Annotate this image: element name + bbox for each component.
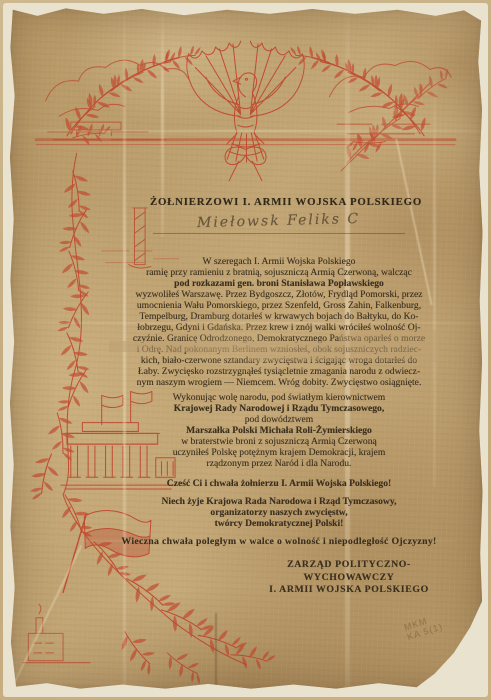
paper-crease [6, 545, 82, 699]
document-title: ŻOŁNIERZOWI I. ARMII WOJSKA POLSKIEGO [121, 197, 451, 208]
text-line: Wieczna chwała poległym w walce o wolnoś… [107, 536, 451, 547]
document-paper: ŻOŁNIERZOWI I. ARMII WOJSKA POLSKIEGO Mi… [9, 7, 483, 690]
text-line: Wykonując wolę narodu, pod światłym kier… [107, 392, 451, 403]
paragraph-long-live: Niech żyje Krajowa Rada Narodowa i Rząd … [107, 496, 451, 529]
text-line: uczyniłeś Polskę potężnym krajem Demokra… [107, 447, 451, 458]
paragraph-eternal-glory: Wieczna chwała poległym w walce o wolnoś… [107, 536, 451, 547]
text-line: czyźnie. Granicę Odrodzonego, Demokratyc… [107, 333, 451, 344]
text-line: nym naszym wrogiem — Niemcem. Wróg dobit… [107, 377, 451, 388]
recipient-name-handwritten: Miełowsk Feliks C [197, 214, 360, 229]
paragraph-campaign: W szeregach I. Armii Wojska Polskiego ra… [107, 256, 451, 388]
pencil-inventory-note: MKM KA 5(1) [403, 612, 444, 642]
paper-crease [9, 130, 483, 132]
text-line: Marszałka Polski Michała Roli-Żymierskie… [107, 425, 451, 436]
text-line: wyzwoliłeś Warszawę. Przez Bydgoszcz, Zł… [107, 289, 451, 300]
text-line: umocnienia Wału Pomorskiego, przez Szenf… [107, 300, 451, 311]
laurel-wreath-icon [56, 43, 435, 144]
text-line: Cześć Ci i chwała żołnierzu I. Armii Woj… [107, 478, 451, 489]
text-line: Łaby. Zwycięsko rozstrzygnąłeś tysiąclet… [107, 366, 451, 377]
signature-block: ZARZĄD POLITYCZNO-WYCHOWAWCZY I. ARMII W… [107, 559, 451, 597]
text-line: organizatorzy naszych zwycięstw, [107, 507, 451, 518]
text-line: Tempelburg, Dramburg dotarłeś w krwawych… [107, 311, 451, 322]
paragraph-honor: Cześć Ci i chwała żołnierzu I. Armii Woj… [107, 478, 451, 489]
building-sketch-icon [23, 604, 91, 663]
text-line: pod rozkazami gen. broni Stanisława Popł… [107, 278, 451, 289]
clouds-seascape-top-left-icon [46, 60, 189, 140]
polish-eagle-icon [187, 41, 304, 162]
text-line: twórcy Demokratycznej Polski! [107, 518, 451, 529]
text-line: Niech żyje Krajowa Rada Narodowa i Rząd … [107, 496, 451, 507]
text-line: pod dowództwem [107, 414, 451, 425]
photo-frame: ŻOŁNIERZOWI I. ARMII WOJSKA POLSKIEGO Mi… [0, 0, 491, 700]
text-line: i Odrę. Nad pokonanym Berlinem wzniosłeś… [107, 344, 451, 355]
text-line: rządzonym przez Naród i dla Narodu. [107, 458, 451, 469]
text-line: w braterstwie broni z sojuszniczą Armią … [107, 436, 451, 447]
paper-crease [215, 613, 217, 693]
text-line: kich, biało-czerwone sztandary zwycięstw… [107, 355, 451, 366]
signature-line: I. ARMII WOJSKA POLSKIEGO [247, 584, 451, 597]
text-line: Krajowej Rady Narodowej i Rządu Tymczaso… [107, 403, 451, 414]
text-line: W szeregach I. Armii Wojska Polskiego [107, 256, 451, 267]
clouds-seascape-top-right-icon [330, 61, 459, 171]
recipient-name-line: Miełowsk Feliks C [153, 216, 405, 234]
text-line: ramię przy ramieniu z bratnią, sojusznic… [107, 267, 451, 278]
ribbon-bow-icon [36, 122, 455, 181]
paragraph-leadership: Wykonując wolę narodu, pod światłym kier… [107, 392, 451, 469]
printed-text-column: ŻOŁNIERZOWI I. ARMII WOJSKA POLSKIEGO Mi… [107, 197, 451, 597]
text-line: łobrzegu, Gdyni i Gdańska. Przez krew i … [107, 322, 451, 333]
signature-line: ZARZĄD POLITYCZNO-WYCHOWAWCZY [247, 559, 451, 584]
